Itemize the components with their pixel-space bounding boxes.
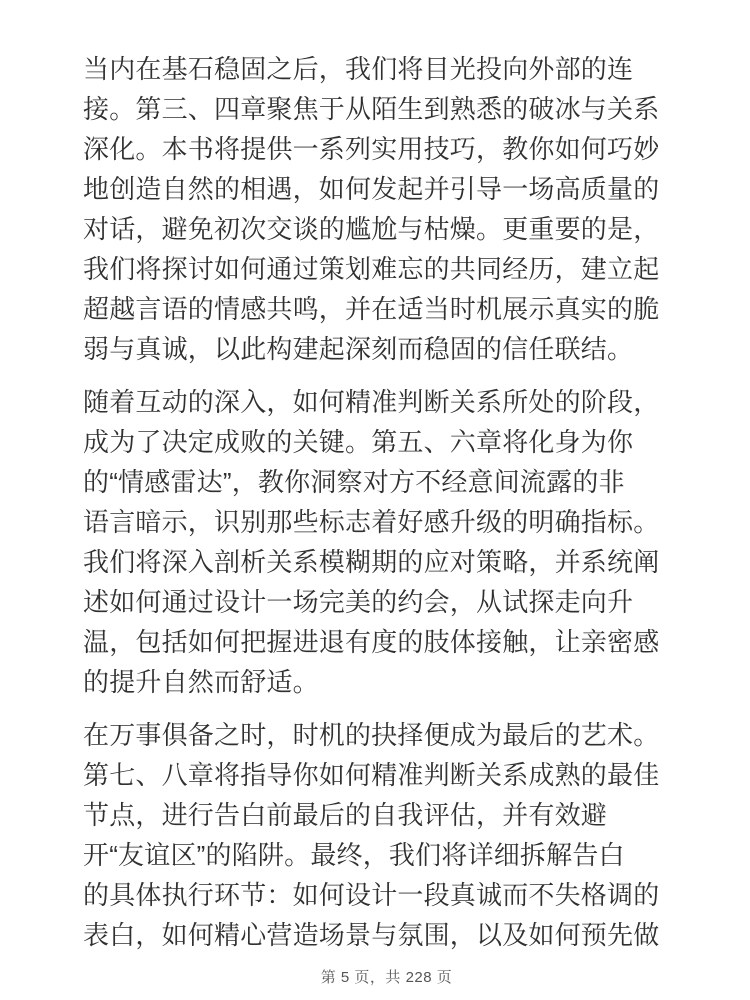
paragraph-2: 随着互动的深入，如何精准判断关系所处的阶段， 成为了决定成败的关键。第五、六章将… xyxy=(83,382,690,702)
paragraph-3: 在万事俱备之时，时机的抉择便成为最后的艺术。 第七、八章将指导你如何精准判断关系… xyxy=(83,715,690,955)
document-body: 当内在基石稳固之后，我们将目光投向外部的连 接。第三、四章聚焦于从陌生到熟悉的破… xyxy=(83,49,690,955)
page-number-footer: 第 5 页，共 228 页 xyxy=(83,968,690,988)
paragraph-1: 当内在基石稳固之后，我们将目光投向外部的连 接。第三、四章聚焦于从陌生到熟悉的破… xyxy=(83,49,690,369)
document-page: 当内在基石稳固之后，我们将目光投向外部的连 接。第三、四章聚焦于从陌生到熟悉的破… xyxy=(0,0,750,1000)
